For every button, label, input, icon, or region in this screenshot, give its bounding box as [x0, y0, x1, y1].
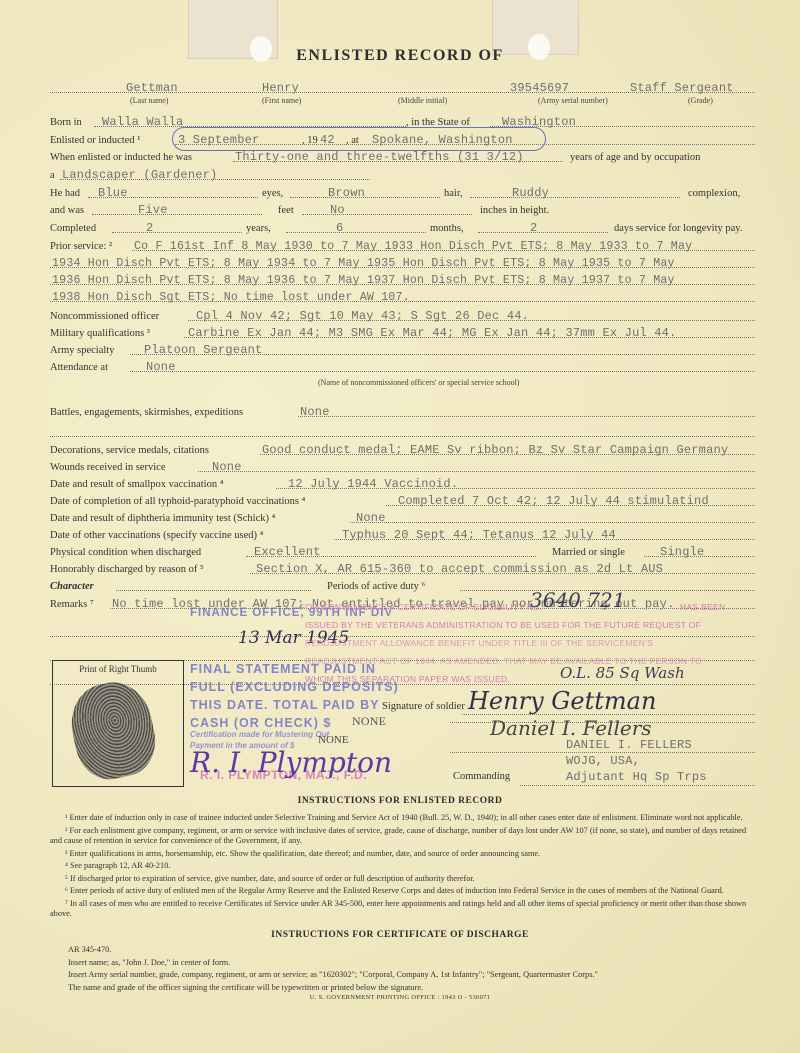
battles-continuation	[50, 422, 755, 439]
caption-serial-number: (Army serial number)	[538, 96, 608, 105]
prior-service-line: 1934 Hon Disch Pvt ETS; 8 May 1934 to 7 …	[52, 257, 675, 270]
instructions-enlisted-heading: INSTRUCTIONS FOR ENLISTED RECORD	[0, 796, 800, 806]
military-qualifications-value: Carbine Ex Jan 44; M3 SMG Ex Mar 44; MG …	[188, 326, 676, 340]
attendance-value: None	[146, 360, 176, 374]
service-days: 2	[530, 221, 537, 235]
prior-service-row-2: 1934 Hon Disch Pvt ETS; 8 May 1934 to 7 …	[50, 253, 755, 270]
va-stamp-line-5: WHOM THIS SEPARATION PAPER WAS ISSUED.	[305, 674, 510, 684]
instruction-item: Insert Army serial number, grade, compan…	[68, 970, 768, 981]
eye-color: Blue	[98, 186, 128, 200]
service-years: 2	[146, 221, 153, 235]
va-stamp-line-2: ISSUED BY THE VETERANS ADMINISTRATION TO…	[305, 620, 701, 630]
commanding-title: Adjutant Hq Sp Trps	[566, 770, 707, 784]
prior-service-line: 1936 Hon Disch Pvt ETS; 8 May 1936 to 7 …	[52, 274, 675, 287]
caption-grade: (Grade)	[688, 96, 713, 105]
soldier-signature-label: Signature of soldier	[382, 701, 465, 712]
discharge-reason-row: Honorably discharged by reason of ⁵ Sect…	[50, 559, 755, 576]
mustering-out-value: NONE	[318, 734, 349, 746]
instruction-item: Insert name; as, "John J. Doe," in cente…	[68, 958, 768, 969]
birthplace-city: Walla Walla	[102, 115, 183, 129]
va-stamp-line-1: FOR CONVENIENCE A CERTIFICATE OF ELIGIBI…	[300, 602, 541, 612]
thumbprint-label: Print of Right Thumb	[53, 664, 183, 674]
battles-row: Battles, engagements, skirmishes, expedi…	[50, 402, 755, 419]
physical-condition-value: Excellent	[254, 545, 321, 559]
other-vaccinations-row: Date of other vaccinations (specify vacc…	[50, 525, 755, 542]
instruction-item: ¹ Enter date of induction only in case o…	[50, 813, 750, 824]
description-row: He had Blue eyes, Brown hair, Ruddy comp…	[50, 183, 755, 200]
other-vaccinations-value: Typhus 20 Sept 44; Tetanus 12 July 44	[342, 528, 616, 542]
induction-row: Enlisted or inducted ¹ 3 September , 19 …	[50, 130, 755, 147]
soldier-signature: Henry Gettman	[468, 687, 656, 715]
height-row: and was Five feet No inches in height.	[50, 200, 755, 217]
last-name: Gettman	[126, 81, 178, 95]
induction-date: 3 September	[178, 133, 259, 147]
caption-first-name: (First name)	[262, 96, 301, 105]
attendance-row: Attendance at None	[50, 357, 755, 374]
instruction-item: ⁵ If discharged prior to expiration of s…	[50, 874, 750, 885]
document-title: ENLISTED RECORD OF	[0, 47, 800, 65]
attendance-caption: (Name of noncommissioned officers' or sp…	[318, 378, 519, 387]
instructions-discharge-heading: INSTRUCTIONS FOR CERTIFICATE OF DISCHARG…	[0, 930, 800, 940]
discharge-reason-value: Section X, AR 615-360 to accept commissi…	[256, 562, 663, 576]
commanding-name: DANIEL I. FELLERS	[566, 738, 692, 752]
va-stamp-line-3: READJUSTMENT ALLOWANCE BENEFIT UNDER TIT…	[305, 638, 653, 648]
service-months: 6	[336, 221, 343, 235]
commanding-label: Commanding	[453, 771, 510, 782]
occupation-row: a Landscaper (Gardener)	[50, 165, 755, 182]
wounds-row: Wounds received in service None	[50, 457, 755, 474]
physical-condition-row: Physical condition when discharged Excel…	[50, 542, 755, 559]
first-name: Henry	[262, 81, 299, 95]
induction-year: 42	[320, 133, 335, 147]
height-inches: No	[330, 203, 345, 217]
army-specialty-row: Army specialty Platoon Sergeant	[50, 340, 755, 357]
prior-service-line: 1938 Hon Disch Sgt ETS; No time lost und…	[52, 291, 410, 304]
army-specialty-value: Platoon Sergeant	[144, 343, 262, 357]
diphtheria-value: None	[356, 511, 386, 525]
thumbprint-box: Print of Right Thumb	[52, 660, 184, 787]
va-certificate-number: 3640 721	[530, 588, 625, 612]
smallpox-value: 12 July 1944 Vaccinoid.	[288, 477, 458, 491]
battles-value: None	[300, 405, 330, 419]
occupation-value: Landscaper (Gardener)	[62, 168, 217, 182]
typhoid-value: Completed 7 Oct 42; 12 July 44 stimulati…	[398, 494, 709, 508]
nco-row: Noncommissioned officer Cpl 4 Nov 42; Sg…	[50, 306, 755, 323]
decorations-value: Good conduct medal; EAME Sv ribbon; Bz S…	[262, 443, 728, 457]
decorations-row: Decorations, service medals, citations G…	[50, 440, 755, 457]
printing-office-footer: U. S. GOVERNMENT PRINTING OFFICE : 1943 …	[0, 994, 800, 1001]
prior-service-row-3: 1936 Hon Disch Pvt ETS; 8 May 1936 to 7 …	[50, 270, 755, 287]
serial-number: 39545697	[510, 81, 569, 95]
marital-status-value: Single	[660, 545, 704, 559]
smallpox-row: Date and result of smallpox vaccination …	[50, 474, 755, 491]
caption-middle-initial: (Middle initial)	[398, 96, 447, 105]
complexion: Ruddy	[512, 186, 549, 200]
identity-row: Gettman Henry 39545697 Staff Sergeant	[50, 78, 755, 95]
prior-service-row-4: 1938 Hon Disch Sgt ETS; No time lost und…	[50, 287, 755, 304]
caption-last-name: (Last name)	[130, 96, 168, 105]
instruction-item: ⁶ Enter periods of active duty of enlist…	[50, 886, 750, 897]
cash-paid-value: NONE	[352, 714, 386, 729]
service-length-row: Completed 2 years, 6 months, 2 days serv…	[50, 218, 755, 235]
instruction-item: ⁴ See paragraph 12, AR 40-210.	[50, 861, 750, 872]
thumbprint-image	[64, 676, 162, 786]
military-qualifications-row: Military qualifications ³ Carbine Ex Jan…	[50, 323, 755, 340]
prior-service-row-1: Prior service: ² Co F 161st Inf 8 May 19…	[50, 236, 755, 253]
instruction-item: ² For each enlistment give company, regi…	[50, 826, 750, 847]
officer-signature: R. I. Plympton	[190, 746, 392, 779]
instruction-item: ³ Enter qualifications in arms, horseman…	[50, 849, 750, 860]
prior-service-line: Co F 161st Inf 8 May 1930 to 7 May 1933 …	[134, 240, 692, 253]
final-statement-line-4: CASH (OR CHECK) $	[190, 716, 331, 730]
typhoid-row: Date of completion of all typhoid-paraty…	[50, 491, 755, 508]
wounds-value: None	[212, 460, 242, 474]
age-row: When enlisted or inducted he was Thirty-…	[50, 147, 755, 164]
grade: Staff Sergeant	[630, 81, 734, 95]
height-feet: Five	[138, 203, 168, 217]
commanding-signature: Daniel I. Fellers	[490, 716, 652, 740]
nco-value: Cpl 4 Nov 42; Sgt 10 May 43; S Sgt 26 De…	[196, 309, 529, 323]
enlisted-record-page: ENLISTED RECORD OF Gettman Henry 3954569…	[0, 0, 800, 1053]
va-stamp-line-1b: HAS BEEN	[680, 602, 725, 612]
instruction-item: AR 345-470.	[68, 945, 768, 956]
instructions-enlisted-list: ¹ Enter date of induction only in case o…	[50, 813, 750, 922]
instructions-discharge-list: AR 345-470. Insert name; as, "John J. Do…	[68, 945, 768, 995]
commanding-rank: WOJG, USA,	[566, 754, 640, 768]
hair-color: Brown	[328, 186, 365, 200]
age-value: Thirty-one and three-twelfths (31 3/12)	[235, 150, 524, 164]
instruction-item: The name and grade of the officer signin…	[68, 983, 768, 994]
diphtheria-row: Date and result of diphtheria immunity t…	[50, 508, 755, 525]
induction-place: Spokane, Washington	[372, 133, 513, 147]
character-row: Character Periods of active duty ⁶	[50, 576, 755, 593]
mustering-out-line-1: Certification made for Mustering Out	[190, 730, 329, 739]
instruction-item: ⁷ In all cases of men who are entitled t…	[50, 899, 750, 920]
va-handwritten-initials: O.L. 85 Sq Wash	[560, 664, 685, 682]
final-statement-line-3: THIS DATE. TOTAL PAID BY	[190, 698, 380, 712]
